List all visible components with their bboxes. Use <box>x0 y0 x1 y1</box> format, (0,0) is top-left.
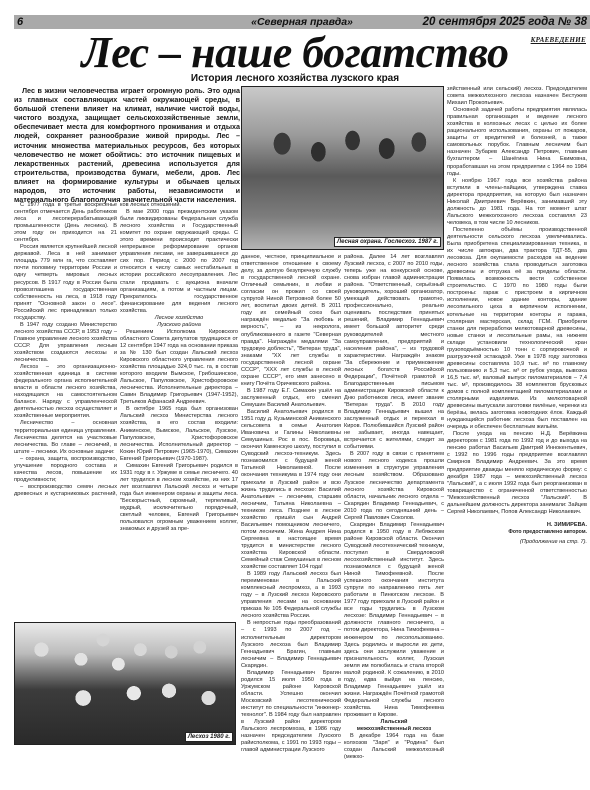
paragraph: Симахин Евгений Григорьевич родился в 19… <box>120 463 238 533</box>
paragraph: – воспроизводство семян лесных древесных… <box>14 484 117 498</box>
section-title: Лесное хозяйство <box>120 315 238 322</box>
article-lead: Лес в жизни человечества играет огромную… <box>14 86 240 204</box>
page-number: 6 <box>17 16 23 28</box>
paragraph: – охрана, защита, воспроизводство, улучш… <box>14 456 117 484</box>
photo-credit: Фото предоставлено автором. <box>447 529 587 536</box>
article-column-5: зяйственный или сельский) лесхоз. Предсе… <box>447 86 587 790</box>
paragraph: В 1947 году создано Министерство лесного… <box>14 322 117 364</box>
paragraph: К ноябрю 1967 года все хозяйства района … <box>447 178 587 227</box>
paragraph: данное, честное, принципиальное и ответс… <box>241 254 341 388</box>
paragraph: В 2007 году в связи с принятием нового л… <box>344 451 444 521</box>
masthead-bar: 6 «Северная правда» 20 сентября 2025 год… <box>14 15 590 29</box>
paragraph: В декабре 1964 года на базе колхозов "За… <box>344 733 444 761</box>
forest-guard-photo: Лесная охрана. Гослесхоз. 1987 г. <box>241 86 444 250</box>
paragraph: Постепенно объёмы производственной деяте… <box>447 227 587 431</box>
paragraph: После ухода на пенсию Н.Д. Верёвкина дир… <box>447 431 587 516</box>
paragraph: Лесничество – основная территориальная е… <box>14 420 117 455</box>
article-column-1: С 1977 года в третье воскресенье сентябр… <box>14 202 117 498</box>
paragraph: Основной задачей работы предприятия явля… <box>447 107 587 177</box>
paragraph: Скарядин Владимир Геннадьевич родился в … <box>344 522 444 719</box>
paragraph: В мае 2000 года президентским указом был… <box>120 209 238 315</box>
article-headline: Лес – наше богатство <box>0 30 590 76</box>
leskhoz-group-photo: Лесхоз 1980 г. <box>14 622 236 745</box>
paragraph: Василий Анатольевич родился в 1951 году … <box>241 409 341 571</box>
article-column-3: данное, честное, принципиальное и ответс… <box>241 254 341 790</box>
paragraph: Владимир Геннадьевич Брагин родился 15 и… <box>241 670 341 755</box>
paragraph: района. Далее 14 лет возглавлял Лузский … <box>344 254 444 451</box>
paragraph: В 1989 году Лальский лесхоз был переимен… <box>241 571 341 620</box>
article-subheadline: История лесного хозяйства лузского края <box>0 73 590 84</box>
article-column-4: района. Далее 14 лет возглавлял Лузский … <box>344 254 444 790</box>
photo-caption: Лесхоз 1980 г. <box>185 732 233 742</box>
paragraph: С 1977 года в третье воскресенье сентябр… <box>14 202 117 244</box>
author-signature: Н. ЗИМИРЕВА. <box>447 522 587 529</box>
paragraph: зяйственный или сельский) лесхоз. Предсе… <box>447 86 587 107</box>
article-column-2: ков лесных отношений. В мае 2000 года пр… <box>120 202 238 540</box>
photo-forest-workers-icon <box>242 87 443 249</box>
paragraph: В 1987 году Е.Г. Симахин ушёл на заслуже… <box>241 388 341 409</box>
paragraph: В непростые годы преобразований – с 1993… <box>241 620 341 669</box>
newspaper-name: «Северная правда» <box>251 16 353 28</box>
issue-date: 20 сентября 2025 года № 38 <box>423 16 587 28</box>
paragraph: Россия является крупнейшей лесной держав… <box>14 244 117 322</box>
section-title: межхозяйственный лесхоз <box>344 726 444 733</box>
paragraph: ков лесных отношений. <box>120 202 238 209</box>
section-title: Лузского района <box>120 322 238 329</box>
paragraph: Лесхоз – это организационно-хозяйственна… <box>14 364 117 420</box>
photo-caption: Лесная охрана. Гослесхоз. 1987 г. <box>334 237 441 247</box>
paragraph: Решением Исполкома Кировского областного… <box>120 329 238 407</box>
continuation-note: (Продолжение на стр. 7). <box>447 539 587 546</box>
paragraph: В октябре 1965 года был организован Лаль… <box>120 406 238 462</box>
photo-group-portrait-icon <box>15 623 235 744</box>
